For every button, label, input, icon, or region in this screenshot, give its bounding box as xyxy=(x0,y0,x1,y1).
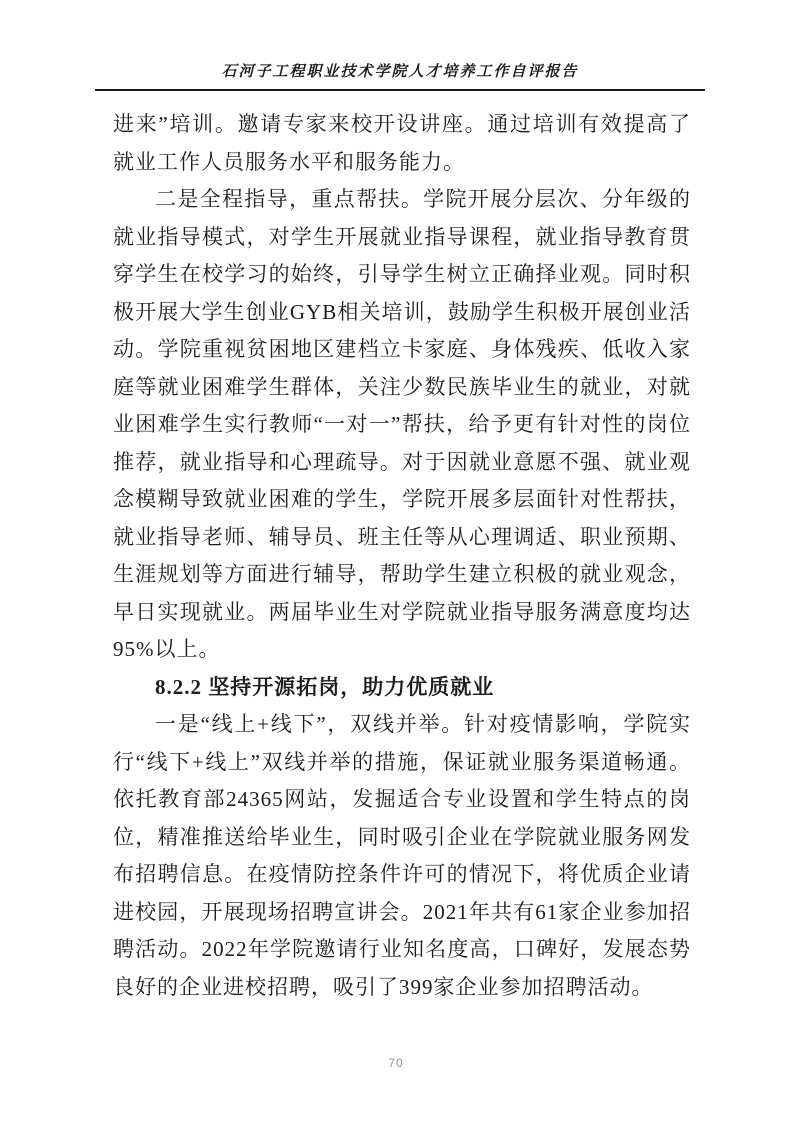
document-page: 石河子工程职业技术学院人才培养工作自评报告 进来”培训。邀请专家来校开设讲座。通… xyxy=(0,0,792,1122)
header-title: 石河子工程职业技术学院人才培养工作自评报告 xyxy=(95,60,705,81)
section-heading-8-2-2: 8.2.2 坚持开源拓岗，助力优质就业 xyxy=(113,669,691,707)
document-body: 进来”培训。邀请专家来校开设讲座。通过培训有效提高了就业工作人员服务水平和服务能… xyxy=(113,106,691,1006)
paragraph-recruitment: 一是“线上+线下”，双线并举。针对疫情影响，学院实行“线下+线上”双线并举的措施… xyxy=(113,706,691,1006)
page-footer: 70 xyxy=(0,1056,792,1070)
page-number: 70 xyxy=(388,1056,403,1070)
page-header: 石河子工程职业技术学院人才培养工作自评报告 xyxy=(95,60,705,91)
paragraph-continuation: 进来”培训。邀请专家来校开设讲座。通过培训有效提高了就业工作人员服务水平和服务能… xyxy=(113,106,691,181)
paragraph-guidance: 二是全程指导，重点帮扶。学院开展分层次、分年级的就业指导模式，对学生开展就业指导… xyxy=(113,181,691,669)
